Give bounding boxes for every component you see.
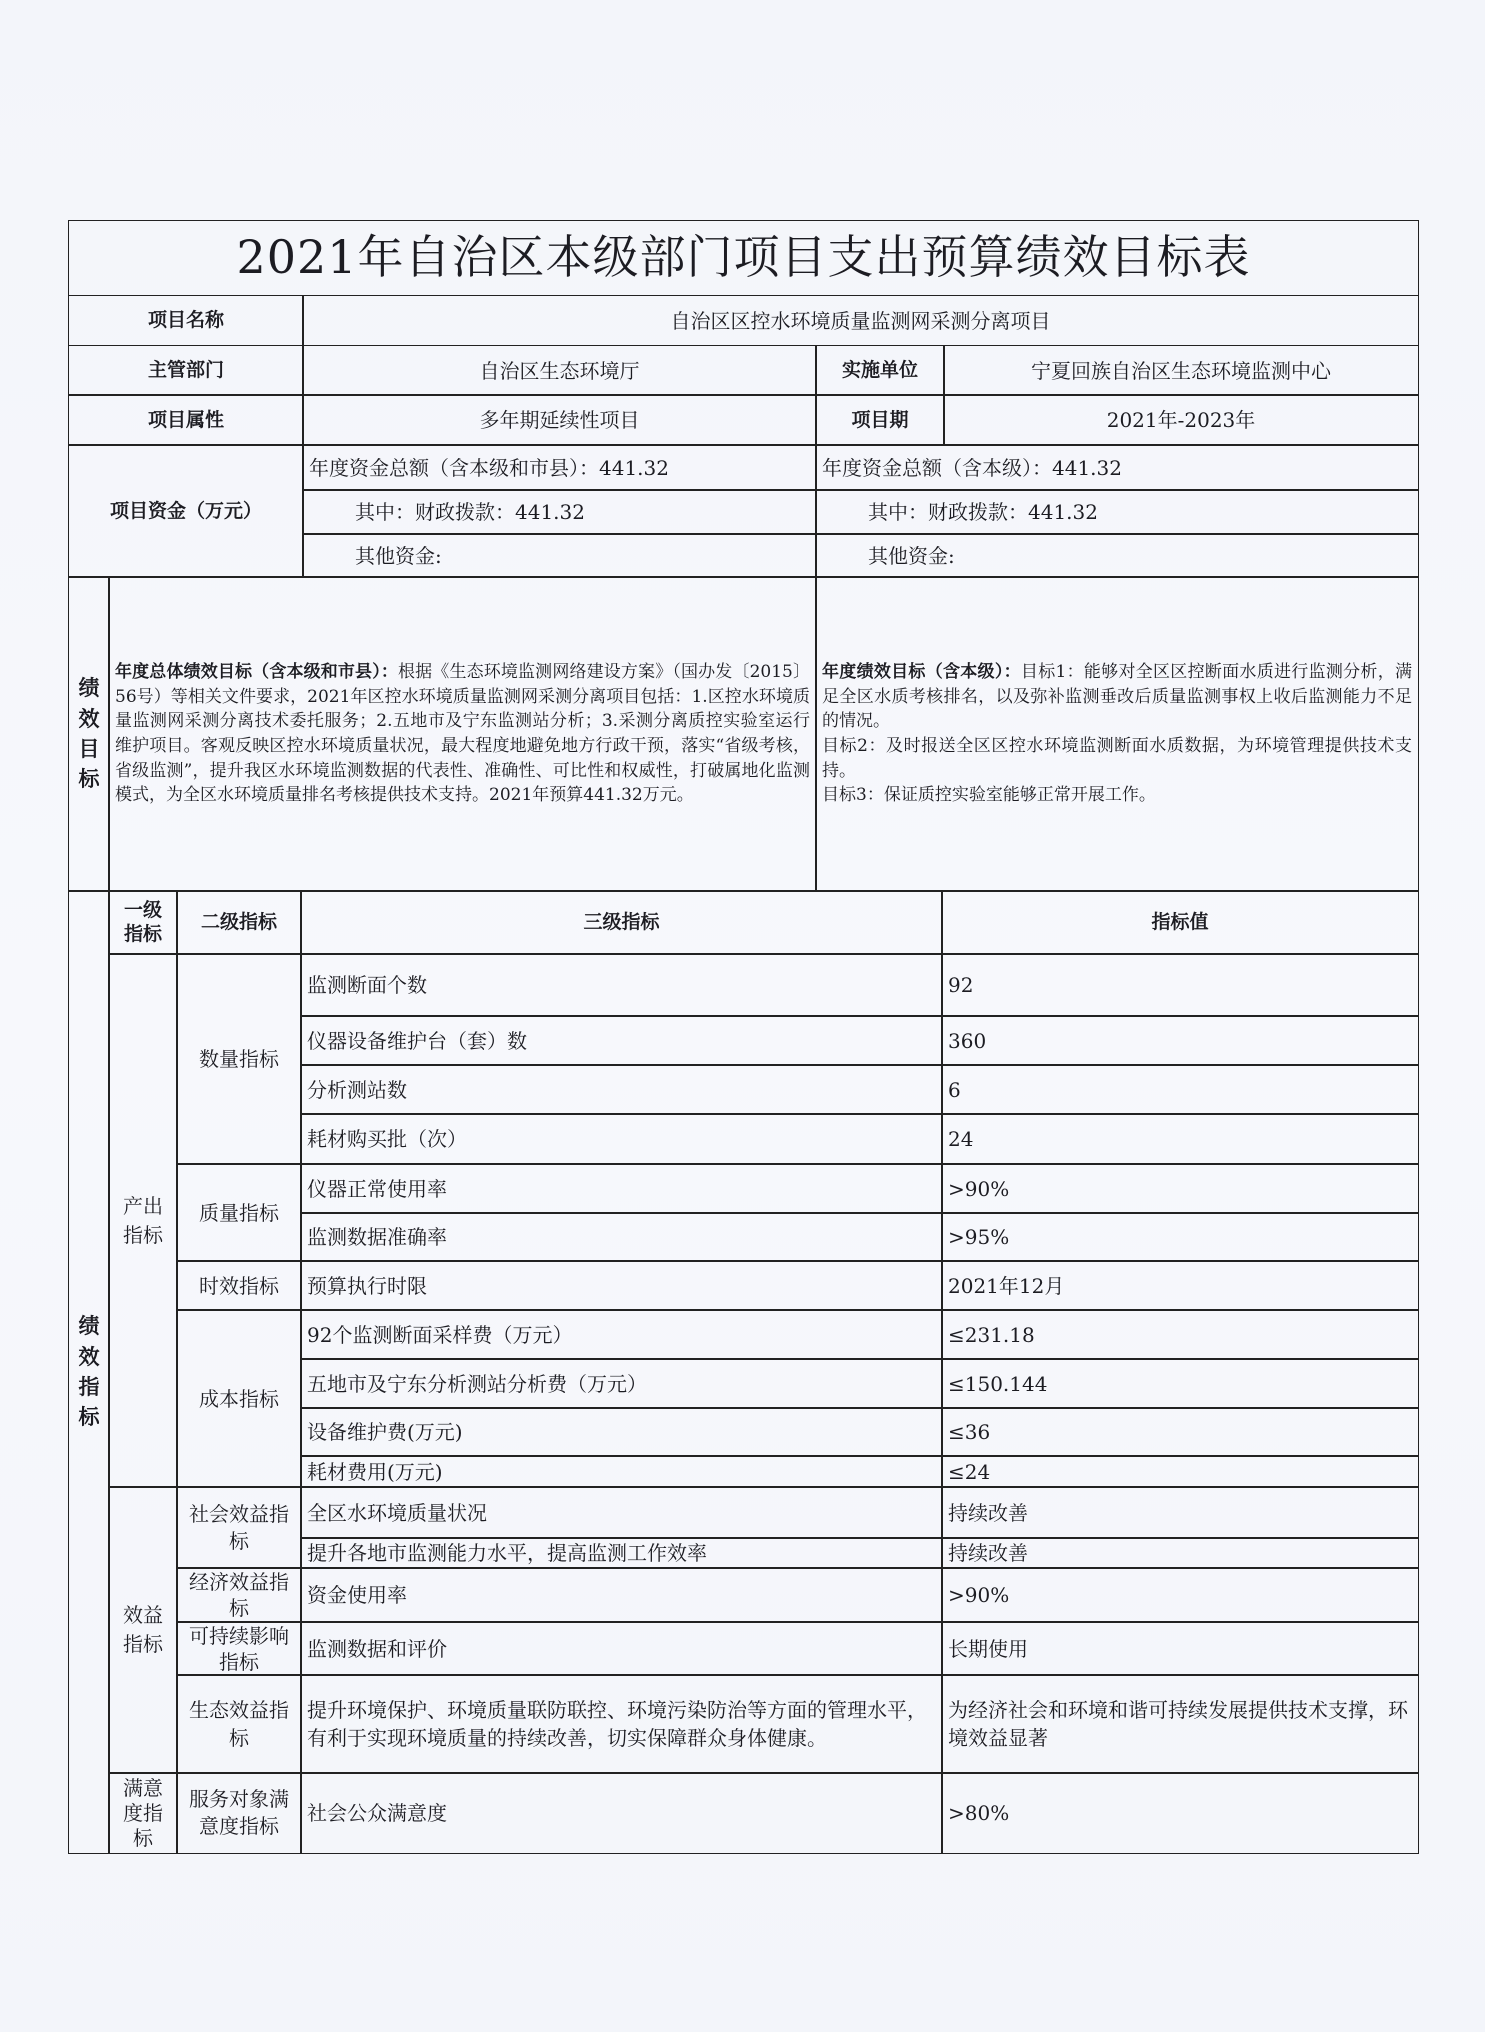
goal-self-target3: 目标3：保证质控实验室能够正常开展工作。 bbox=[822, 783, 1412, 808]
indicator-value: >90% bbox=[941, 1567, 1419, 1623]
indicator-char: 标 bbox=[79, 1402, 100, 1432]
funds-label: 项目资金（万元） bbox=[68, 444, 304, 578]
goal-overall-text: 年度总体绩效目标（含本级和市县）：根据《生态环境监测网络建设方案》（国办发〔20… bbox=[109, 660, 816, 808]
indicator-name: 仪器设备维护台（套）数 bbox=[300, 1015, 943, 1066]
indicator-value: 6 bbox=[941, 1064, 1419, 1115]
level1-satisfaction: 满意度指标 bbox=[108, 1772, 178, 1854]
indicator-char: 绩 bbox=[79, 1311, 100, 1341]
impl-unit-label: 实施单位 bbox=[815, 345, 945, 396]
goal-overall-cell: 年度总体绩效目标（含本级和市县）：根据《生态环境监测网络建设方案》（国办发〔20… bbox=[108, 576, 817, 892]
indicator-value: 24 bbox=[941, 1113, 1419, 1165]
dept-value: 自治区生态环境厅 bbox=[302, 345, 817, 396]
header-level1: 一级指标 bbox=[108, 890, 178, 955]
indicator-name: 监测数据和评价 bbox=[300, 1621, 943, 1676]
project-name-label: 项目名称 bbox=[68, 295, 304, 346]
dept-label: 主管部门 bbox=[68, 345, 304, 396]
indicator-value: 长期使用 bbox=[941, 1621, 1419, 1676]
indicator-name: 监测数据准确率 bbox=[300, 1212, 943, 1262]
indicator-name: 提升环境保护、环境质量联防联控、环境污染防治等方面的管理水平，有利于实现环境质量… bbox=[300, 1674, 943, 1774]
indicator-value: 92 bbox=[941, 953, 1419, 1017]
level2-social: 社会效益指标 bbox=[176, 1486, 302, 1569]
goal-char: 效 bbox=[79, 704, 100, 734]
indicator-value: 2021年12月 bbox=[941, 1260, 1419, 1311]
indicator-value: 360 bbox=[941, 1015, 1419, 1066]
document-title: 2021年自治区本级部门项目支出预算绩效目标表 bbox=[68, 220, 1419, 296]
indicator-name: 资金使用率 bbox=[300, 1567, 943, 1623]
goal-self-target2: 目标2：及时报送全区区控水环境监测断面水质数据，为环境管理提供技术支持。 bbox=[822, 734, 1412, 783]
funds-other-city: 其他资金: bbox=[302, 533, 817, 578]
funds-total-self: 年度资金总额（含本级）：441.32 bbox=[815, 444, 1419, 491]
goal-char: 标 bbox=[79, 764, 100, 794]
project-name-value: 自治区区控水环境质量监测网采测分离项目 bbox=[302, 295, 1419, 346]
indicator-name: 耗材费用(万元) bbox=[300, 1455, 943, 1488]
funds-fiscal-self: 其中：财政拨款：441.32 bbox=[815, 489, 1419, 535]
indicator-name: 全区水环境质量状况 bbox=[300, 1486, 943, 1539]
level2-quantity: 数量指标 bbox=[176, 953, 302, 1165]
goal-self-text: 年度绩效目标（含本级）：目标1：能够对全区区控断面水质进行监测分析，满足全区水质… bbox=[816, 660, 1418, 808]
indicator-value: >95% bbox=[941, 1212, 1419, 1262]
goals-section-label: 绩 效 目 标 bbox=[68, 576, 110, 892]
indicator-value: ≤231.18 bbox=[941, 1309, 1419, 1360]
indicator-name: 提升各地市监测能力水平，提高监测工作效率 bbox=[300, 1537, 943, 1569]
indicator-name: 监测断面个数 bbox=[300, 953, 943, 1017]
header-level3: 三级指标 bbox=[300, 890, 943, 955]
level2-sustainable: 可持续影响指标 bbox=[176, 1621, 302, 1676]
indicator-name: 社会公众满意度 bbox=[300, 1772, 943, 1854]
impl-unit-value: 宁夏回族自治区生态环境监测中心 bbox=[943, 345, 1419, 396]
level2-cost: 成本指标 bbox=[176, 1309, 302, 1488]
goal-char: 目 bbox=[79, 734, 100, 764]
header-value: 指标值 bbox=[941, 890, 1419, 955]
indicator-value: ≤36 bbox=[941, 1407, 1419, 1457]
indicator-name: 仪器正常使用率 bbox=[300, 1163, 943, 1214]
indicator-value: >90% bbox=[941, 1163, 1419, 1214]
funds-total-city: 年度资金总额（含本级和市县）：441.32 bbox=[302, 444, 817, 491]
scanned-page: 2021年自治区本级部门项目支出预算绩效目标表 项目名称 自治区区控水环境质量监… bbox=[0, 0, 1485, 2032]
level2-economic: 经济效益指标 bbox=[176, 1567, 302, 1623]
indicator-name: 五地市及宁东分析测站分析费（万元） bbox=[300, 1358, 943, 1409]
level1-output: 产出指标 bbox=[108, 953, 178, 1488]
attr-value: 多年期延续性项目 bbox=[302, 394, 817, 446]
indicator-char: 指 bbox=[79, 1372, 100, 1402]
indicators-section-label: 绩 效 指 标 bbox=[68, 890, 110, 1854]
period-value: 2021年-2023年 bbox=[943, 394, 1419, 446]
indicator-char: 效 bbox=[79, 1342, 100, 1372]
funds-fiscal-city: 其中：财政拨款：441.32 bbox=[302, 489, 817, 535]
level1-benefit: 效益指标 bbox=[108, 1486, 178, 1774]
indicator-value: 持续改善 bbox=[941, 1537, 1419, 1569]
indicator-value: 持续改善 bbox=[941, 1486, 1419, 1539]
goal-overall-body: 根据《生态环境监测网络建设方案》（国办发〔2015〕56号）等相关文件要求，20… bbox=[115, 662, 810, 805]
indicator-name: 预算执行时限 bbox=[300, 1260, 943, 1311]
goal-char: 绩 bbox=[79, 673, 100, 703]
level2-service: 服务对象满意度指标 bbox=[176, 1772, 302, 1854]
level2-quality: 质量指标 bbox=[176, 1163, 302, 1262]
indicator-value: 为经济社会和环境和谐可持续发展提供技术支撑，环境效益显著 bbox=[941, 1674, 1419, 1774]
goal-overall-lead: 年度总体绩效目标（含本级和市县）： bbox=[115, 662, 398, 682]
level2-ecological: 生态效益指标 bbox=[176, 1674, 302, 1774]
indicator-name: 耗材购买批（次） bbox=[300, 1113, 943, 1165]
indicator-name: 92个监测断面采样费（万元） bbox=[300, 1309, 943, 1360]
level2-timeliness: 时效指标 bbox=[176, 1260, 302, 1311]
indicator-value: >80% bbox=[941, 1772, 1419, 1854]
goal-self-cell: 年度绩效目标（含本级）：目标1：能够对全区区控断面水质进行监测分析，满足全区水质… bbox=[815, 576, 1419, 892]
header-level2: 二级指标 bbox=[176, 890, 302, 955]
indicator-value: ≤24 bbox=[941, 1455, 1419, 1488]
indicator-value: ≤150.144 bbox=[941, 1358, 1419, 1409]
goal-self-lead: 年度绩效目标（含本级）： bbox=[822, 662, 1021, 682]
indicator-name: 设备维护费(万元) bbox=[300, 1407, 943, 1457]
indicator-name: 分析测站数 bbox=[300, 1064, 943, 1115]
funds-other-self: 其他资金: bbox=[815, 533, 1419, 578]
attr-label: 项目属性 bbox=[68, 394, 304, 446]
period-label: 项目期 bbox=[815, 394, 945, 446]
